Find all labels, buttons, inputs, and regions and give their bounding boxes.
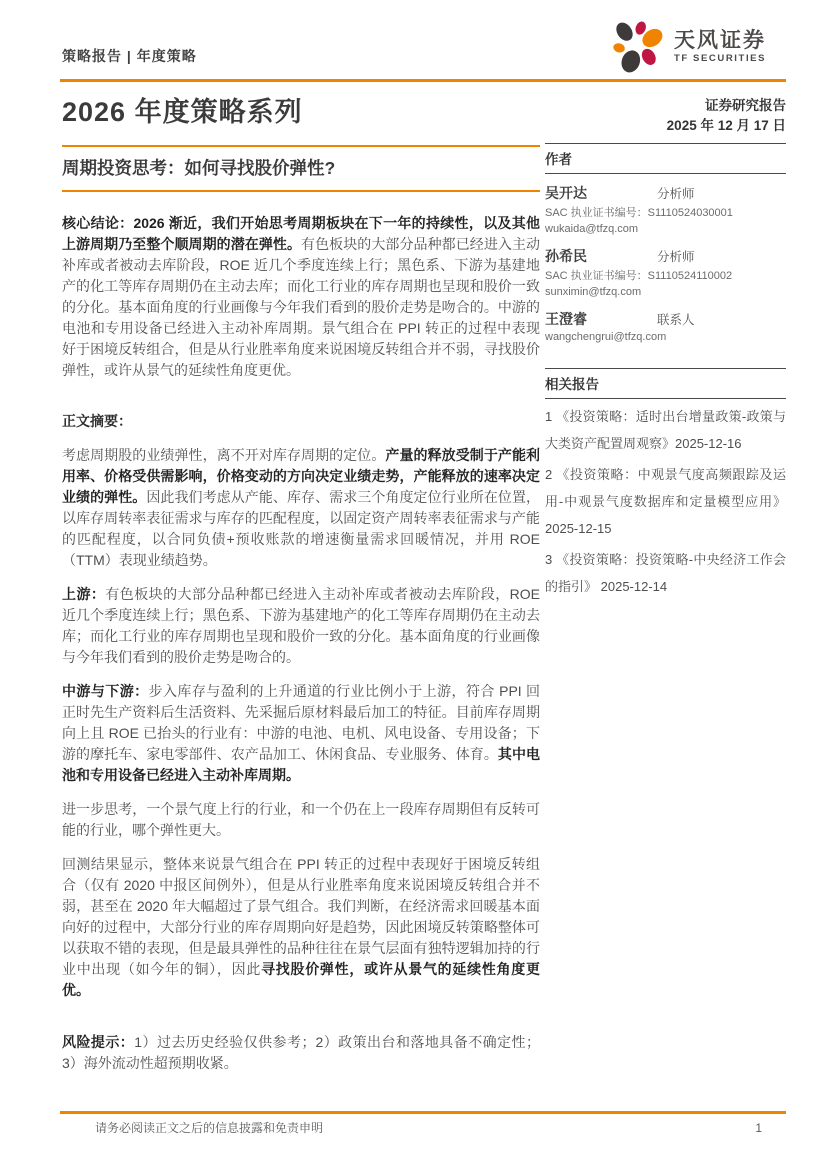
logo-name-cn: 天风证券 [674,29,766,53]
author-email: wukaida@tfzq.com [545,222,786,237]
p2-text: 有色板块的大部分品种都已经进入主动补库或者被动去库阶段，ROE 近几个季度连续上… [62,586,540,665]
tf-flower-icon [611,20,665,74]
page-title: 2026 年度策略系列 [62,90,303,129]
author-role: 分析师 [657,247,695,265]
tf-securities-logo: 天风证券 TF SECURITIES [611,20,766,74]
report-date: 2025 年 12 月 17 日 [667,115,786,137]
related-report-title: 《投资策略：适时出台增量政策-政策与大类资产配置周观察》 [545,409,786,451]
related-report-index: 3 [545,552,552,567]
p5-text: 回测结果显示，整体来说景气组合在 PPI 转正的过程中表现好于困境反转组合（仅有… [62,856,540,977]
logo-petal [612,42,626,54]
report-page: 策略报告 | 年度策略 天风证券 TF SECURITIES 2026 年度策略… [0,0,827,1169]
logo-wordmark: 天风证券 TF SECURITIES [674,29,766,65]
author-name: 孙希民 [545,246,657,266]
paragraph-further-thinking: 进一步思考，一个景气度上行的行业，和一个仍在上一段库存周期但有反转可能的行业，哪… [62,799,540,841]
author-role: 分析师 [657,184,695,202]
related-report-title: 《投资策略：中观景气度高频跟踪及运用-中观景气度数据库和定量模型应用》 [545,467,786,509]
related-report-item: 1 《投资策略：适时出台增量政策-政策与大类资产配置周观察》2025-12-16 [545,403,786,457]
report-type-label: 证券研究报告 [667,97,786,115]
report-subtitle: 周期投资思考：如何寻找股价弹性? [62,147,540,190]
subtitle-rule-bottom [62,190,540,192]
logo-petal [639,46,658,67]
author-certificate: SAC 执业证书编号：S1110524030001 [545,206,786,221]
related-report-item: 2 《投资策略：中观景气度高频跟踪及运用-中观景气度数据库和定量模型应用》 20… [545,461,786,542]
main-column: 周期投资思考：如何寻找股价弹性? 核心结论：2026 渐近，我们开始思考周期板块… [62,145,540,1074]
report-meta: 证券研究报告 2025 年 12 月 17 日 [667,97,786,137]
report-category: 策略报告 | 年度策略 [62,46,197,66]
core-conclusion-paragraph: 核心结论：2026 渐近，我们开始思考周期板块在下一年的持续性，以及其他上游周期… [62,213,540,381]
p1-lead: 考虑周期股的业绩弹性，离不开对库存周期的定位。 [62,447,385,463]
header-divider [60,79,786,82]
footer-divider [60,1111,786,1114]
p3-label: 中游与下游： [62,683,149,699]
core-conclusion-text: 有色板块的大部分品种都已经进入主动补库或者被动去库阶段，ROE 近几个季度连续上… [62,236,540,378]
footer: 请务必阅读正文之后的信息披露和免责申明 1 [60,1119,786,1136]
body-summary-heading: 正文摘要： [62,411,540,432]
related-report-index: 1 [545,409,552,424]
risk-warning-paragraph: 风险提示：1）过去历史经验仅供参考；2）政策出台和落地具备不确定性；3）海外流动… [62,1032,540,1074]
paragraph-backtest: 回测结果显示，整体来说景气组合在 PPI 转正的过程中表现好于困境反转组合（仅有… [62,854,540,1001]
author-name: 吴开达 [545,183,657,203]
related-report-date: 2025-12-16 [675,436,742,451]
related-reports-heading: 相关报告 [545,368,786,399]
author-email: wangchengrui@tfzq.com [545,330,786,345]
related-report-index: 2 [545,467,552,482]
author-certificate: SAC 执业证书编号：S1110524110002 [545,269,786,284]
logo-name-en: TF SECURITIES [674,53,766,65]
related-report-date: 2025-12-15 [545,521,612,536]
paragraph-positioning: 考虑周期股的业绩弹性，离不开对库存周期的定位。产量的释放受制于产能利用率、价格受… [62,445,540,571]
author-email: sunximin@tfzq.com [545,285,786,300]
p2-label: 上游： [62,586,105,602]
page-number: 1 [755,1121,762,1135]
author-entry: 孙希民 分析师 SAC 执业证书编号：S1110524110002 sunxim… [545,246,786,300]
paragraph-upstream: 上游：有色板块的大部分品种都已经进入主动补库或者被动去库阶段，ROE 近几个季度… [62,584,540,668]
paragraph-mid-downstream: 中游与下游：步入库存与盈利的上升通道的行业比例小于上游，符合 PPI 回正时先生… [62,681,540,786]
author-name: 王澄睿 [545,309,657,329]
authors-heading: 作者 [545,143,786,174]
author-entry: 吴开达 分析师 SAC 执业证书编号：S1110524030001 wukaid… [545,183,786,237]
risk-text: 1）过去历史经验仅供参考；2）政策出台和落地具备不确定性；3）海外流动性超预期收… [62,1034,540,1071]
footer-disclaimer: 请务必阅读正文之后的信息披露和免责申明 [95,1119,323,1136]
related-report-date: 2025-12-14 [601,579,668,594]
author-role: 联系人 [657,310,695,328]
related-reports: 相关报告 1 《投资策略：适时出台增量政策-政策与大类资产配置周观察》2025-… [545,368,786,600]
sidebar: 作者 吴开达 分析师 SAC 执业证书编号：S1110524030001 wuk… [545,143,786,600]
author-entry: 王澄睿 联系人 wangchengrui@tfzq.com [545,309,786,345]
logo-petal [613,20,636,44]
risk-label: 风险提示： [62,1034,134,1050]
related-report-item: 3 《投资策略：投资策略-中央经济工作会的指引》 2025-12-14 [545,546,786,600]
